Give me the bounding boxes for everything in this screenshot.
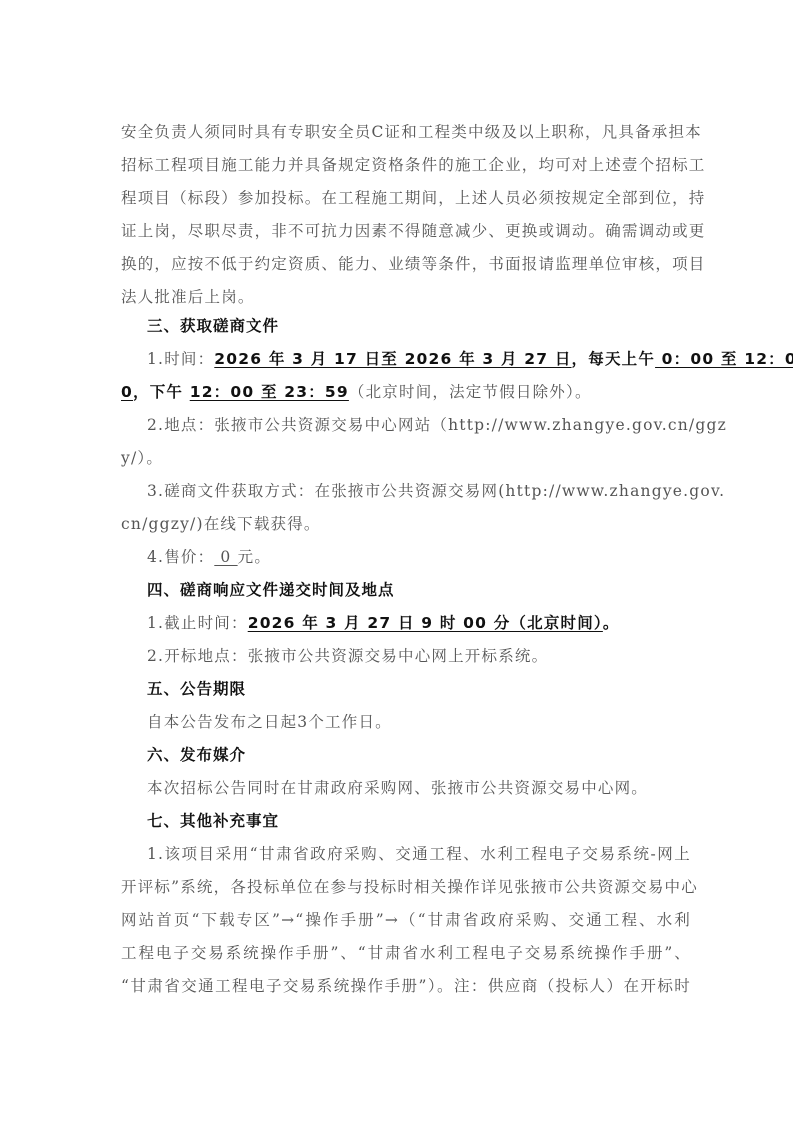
- document-page: 安全负责人须同时具有专职安全员C证和工程类中级及以上职称，凡具备承担本 招标工程…: [0, 0, 793, 1122]
- section-6-heading: 六、发布媒介: [121, 739, 691, 772]
- intro-line: 程项目（标段）参加投标。在工程施工期间，上述人员必须按规定全部到位，持: [121, 182, 691, 215]
- section-4-item-2: 2.开标地点：张掖市公共资源交易中心网上开标系统。: [121, 640, 691, 673]
- morning-hours: 0：00 至 12：0: [655, 350, 793, 368]
- section-7-heading: 七、其他补充事宜: [121, 805, 691, 838]
- section-3-item-1-cont: 0，下午 12：00 至 23：59（北京时间，法定节假日除外）。: [121, 376, 691, 409]
- section-6-text: 本次招标公告同时在甘肃政府采购网、张掖市公共资源交易中心网。: [121, 772, 691, 805]
- section-7-item-1-line: 网站首页“下载专区”→“操作手册”→（“甘肃省政府采购、交通工程、水利: [121, 904, 691, 937]
- section-3-heading: 三、获取磋商文件: [121, 310, 691, 343]
- separator: ，每天上午: [572, 350, 656, 368]
- price-unit: 元。: [238, 548, 271, 566]
- separator: ，下午: [133, 383, 190, 401]
- section-4-heading: 四、磋商响应文件递交时间及地点: [121, 574, 691, 607]
- date-range: 2026 年 3 月 17 日至 2026 年 3 月 27 日: [214, 350, 571, 368]
- price-label: 4.售价：: [147, 548, 214, 566]
- section-3-item-2: 2.地点：张掖市公共资源交易中心网站（http://www.zhangye.go…: [121, 409, 691, 442]
- section-4-item-1: 1.截止时间：2026 年 3 月 27 日 9 时 00 分（北京时间）。: [121, 607, 691, 640]
- section-3-item-4: 4.售价： 0 元。: [121, 541, 691, 574]
- deadline-value: 2026 年 3 月 27 日 9 时 00 分（北京时间）: [248, 614, 603, 632]
- document-content: 安全负责人须同时具有专职安全员C证和工程类中级及以上职称，凡具备承担本 招标工程…: [121, 116, 691, 1003]
- afternoon-hours: 12：00 至 23：59: [190, 383, 349, 401]
- intro-line: 招标工程项目施工能力并具备规定资格条件的施工企业，均可对上述壹个招标工: [121, 149, 691, 182]
- section-3-item-2-cont: y/）。: [121, 442, 691, 475]
- section-7-item-1-line: 1.该项目采用“甘肃省政府采购、交通工程、水利工程电子交易系统-网上: [121, 838, 691, 871]
- section-5-text: 自本公告发布之日起3个工作日。: [121, 706, 691, 739]
- time-label: 1.时间：: [147, 350, 214, 368]
- deadline-end: 。: [603, 614, 620, 632]
- morning-hours-cont: 0: [121, 383, 133, 401]
- section-7-item-1-line: 工程电子交易系统操作手册”、“甘肃省水利工程电子交易系统操作手册”、: [121, 937, 691, 970]
- intro-line: 安全负责人须同时具有专职安全员C证和工程类中级及以上职称，凡具备承担本: [121, 116, 691, 149]
- section-7-item-1-line: 开评标”系统，各投标单位在参与投标时相关操作详见张掖市公共资源交易中心: [121, 871, 691, 904]
- section-3-item-3-cont: cn/ggzy/)在线下载获得。: [121, 508, 691, 541]
- intro-line: 证上岗，尽职尽责，非不可抗力因素不得随意减少、更换或调动。确需调动或更: [121, 215, 691, 248]
- section-3-item-3: 3.磋商文件获取方式：在张掖市公共资源交易网(http://www.zhangy…: [121, 475, 691, 508]
- price-value: 0: [214, 548, 237, 566]
- section-7-item-1-line: “甘肃省交通工程电子交易系统操作手册”）。注：供应商（投标人）在开标时: [121, 970, 691, 1003]
- section-5-heading: 五、公告期限: [121, 673, 691, 706]
- deadline-label: 1.截止时间：: [147, 614, 248, 632]
- time-note: （北京时间，法定节假日除外）。: [349, 383, 592, 401]
- intro-line: 换的，应按不低于约定资质、能力、业绩等条件，书面报请监理单位审核，项目: [121, 248, 691, 281]
- section-3-item-1: 1.时间：2026 年 3 月 17 日至 2026 年 3 月 27 日，每天…: [121, 343, 691, 376]
